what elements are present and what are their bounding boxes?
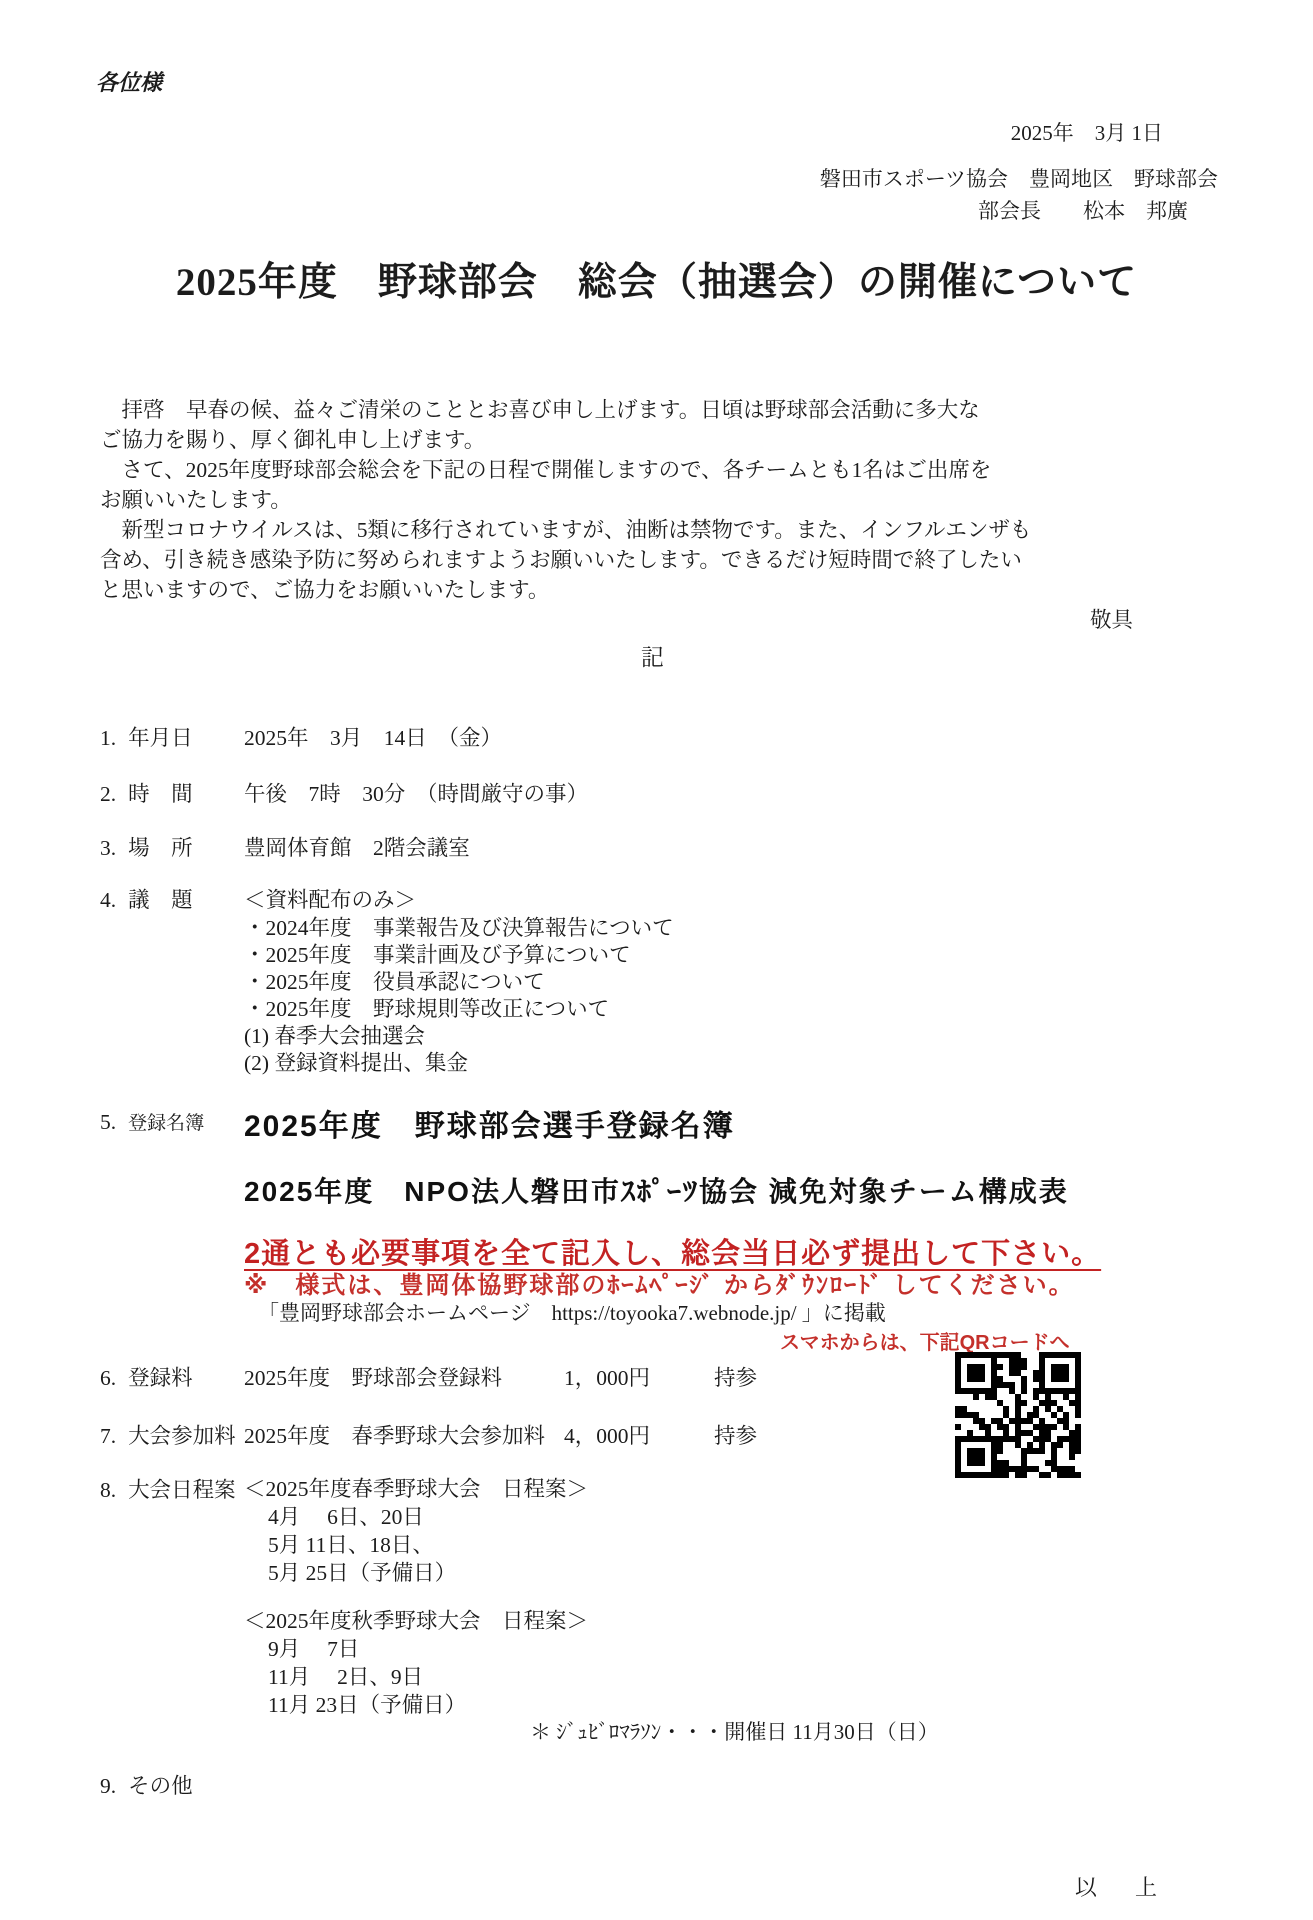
item-date: 1.年月日 2025年 3月 14日 （金） [100, 723, 1313, 753]
item-value: 2025年度 野球部会登録料1，000円持参 [244, 1363, 1313, 1393]
item-time: 2.時 間 午後 7時 30分 （時間厳守の事） [100, 779, 1313, 809]
fee-description: 2025年度 春季野球大会参加料 [244, 1421, 564, 1451]
fee-amount: 4，000円 [564, 1421, 714, 1451]
item-label-text: 登録名簿 [128, 1113, 204, 1134]
fee-description: 2025年度 野球部会登録料 [244, 1363, 564, 1393]
roster-document-2: 2025年度 NPO法人磐田市ｽﾎﾟｰﾂ協会 減免対象チーム構成表 [244, 1173, 1313, 1211]
item-value: 2025年度 春季野球大会参加料4，000円持参 [244, 1421, 1313, 1451]
item-roster: 5.登録名簿 2025年度 野球部会選手登録名簿 2025年度 NPO法人磐田市… [100, 1107, 1313, 1355]
item-registration-fee: 6.登録料 2025年度 野球部会登録料1，000円持参 [100, 1363, 1313, 1393]
item-label: 4.議 題 [100, 885, 244, 915]
item-number: 1. [100, 726, 116, 750]
autumn-schedule-date: 11月 23日（予備日） [268, 1691, 1313, 1719]
item-place: 3.場 所 豊岡体育館 2階会議室 [100, 833, 1313, 863]
item-label: 7.大会参加料 [100, 1421, 244, 1451]
item-number: 6. [100, 1366, 116, 1390]
homepage-url-line: 「豊岡野球部会ホームページ https://toyooka7.webnode.j… [258, 1299, 1313, 1327]
autumn-schedule-heading: ＜2025年度秋季野球大会 日程案＞ [244, 1607, 1313, 1635]
document-page: 各位様 2025年 3月 1日 磐田市スポーツ協会 豊岡地区 野球部会 部会長 … [0, 0, 1313, 1920]
item-agenda: 4.議 題 ＜資料配布のみ＞ ・2024年度 事業報告及び決算報告について ・2… [100, 885, 1313, 1077]
item-label: 5.登録名簿 [100, 1107, 244, 1139]
item-value: 2025年度 野球部会選手登録名簿 2025年度 NPO法人磐田市ｽﾎﾟｰﾂ協会… [244, 1107, 1313, 1355]
payment-method: 持参 [714, 1366, 757, 1390]
item-label-text: 年月日 [128, 726, 193, 750]
item-label-text: その他 [128, 1774, 193, 1798]
agenda-sub-item: ・2025年度 野球規則等改正について [244, 996, 1313, 1023]
item-value: 2025年 3月 14日 （金） [244, 723, 1313, 753]
item-label: 3.場 所 [100, 833, 244, 863]
agenda-sub-item: ・2024年度 事業報告及び決算報告について [244, 915, 1313, 942]
item-value: 豊岡体育館 2階会議室 [244, 833, 1313, 863]
spring-schedule-date: 4月 6日、20日 [268, 1503, 1313, 1531]
body-line: 拝啓 早春の候、益々ご清栄のこととお喜び申し上げます。日頃は野球部会活動に多大な [100, 395, 1221, 425]
salutation: 各位様 [96, 66, 1313, 97]
closing-word: 敬具 [0, 605, 1133, 635]
item-other: 9.その他 [100, 1771, 1313, 1801]
autumn-schedule-date: 9月 7日 [268, 1635, 1313, 1663]
item-value: ＜2025年度春季野球大会 日程案＞ 4月 6日、20日 5月 11日、18日、… [244, 1475, 1313, 1719]
item-label: 1.年月日 [100, 723, 244, 753]
item-number: 7. [100, 1424, 116, 1448]
item-number: 5. [100, 1110, 116, 1134]
agenda-sub-item: (1) 春季大会抽選会 [244, 1023, 1313, 1050]
payment-method: 持参 [714, 1424, 757, 1448]
item-tournament-fee: 7.大会参加料 2025年度 春季野球大会参加料4，000円持参 [100, 1421, 1313, 1451]
item-schedule: 8.大会日程案 ＜2025年度春季野球大会 日程案＞ 4月 6日、20日 5月 … [100, 1475, 1313, 1719]
marathon-note: ＊ ｼﾞｭﾋﾞﾛﾏﾗｿﾝ・・・開催日 11月30日（日） [530, 1719, 1313, 1745]
agenda-sub-item: (2) 登録資料提出、集金 [244, 1050, 1313, 1077]
autumn-schedule-date: 11月 2日、9日 [268, 1663, 1313, 1691]
item-label: 2.時 間 [100, 779, 244, 809]
item-label-text: 場 所 [128, 836, 193, 860]
record-marker: 記 [0, 643, 1313, 673]
spring-schedule-heading: ＜2025年度春季野球大会 日程案＞ [244, 1475, 1313, 1503]
agenda-sub-item: ・2025年度 役員承認について [244, 969, 1313, 996]
end-marker: 以 上 [0, 1871, 1165, 1902]
qr-code [955, 1352, 1081, 1478]
item-label: 6.登録料 [100, 1363, 244, 1393]
item-number: 2. [100, 782, 116, 806]
body-line: お願いいたします。 [100, 485, 1221, 515]
body-line: さて、2025年度野球部会総会を下記の日程で開催しますので、各チームとも1名はご… [100, 455, 1221, 485]
item-number: 8. [100, 1478, 116, 1502]
item-label-text: 大会日程案 [128, 1478, 236, 1502]
item-number: 4. [100, 888, 116, 912]
fee-amount: 1，000円 [564, 1363, 714, 1393]
item-label-text: 時 間 [128, 782, 193, 806]
item-number: 3. [100, 836, 116, 860]
spring-schedule-date: 5月 25日（予備日） [268, 1559, 1313, 1587]
item-value: 午後 7時 30分 （時間厳守の事） [244, 779, 1313, 809]
document-title: 2025年度 野球部会 総会（抽選会）の開催について [0, 251, 1313, 307]
body-line: と思いますので、ご協力をお願いいたします。 [100, 575, 1221, 605]
submission-warning: 2通とも必要事項を全て記入し、総会当日必ず提出して下さい。 [244, 1237, 1313, 1271]
body-line: 新型コロナウイルスは、5類に移行されていますが、油断は禁物です。また、インフルエ… [100, 515, 1221, 545]
body-line: 含め、引き続き感染予防に努められますようお願いいたします。できるだけ短時間で終了… [100, 545, 1221, 575]
item-label-text: 登録料 [128, 1366, 193, 1390]
roster-document-1: 2025年度 野球部会選手登録名簿 [244, 1107, 1313, 1147]
document-date: 2025年 3月 1日 [0, 117, 1163, 147]
item-label-text: 大会参加料 [128, 1424, 236, 1448]
spring-schedule-date: 5月 11日、18日、 [268, 1531, 1313, 1559]
schedule-spacer [244, 1587, 1313, 1607]
chairman-name: 部会長 松本 邦廣 [0, 195, 1188, 225]
item-value: ＜資料配布のみ＞ ・2024年度 事業報告及び決算報告について ・2025年度 … [244, 885, 1313, 1077]
body-line: ご協力を賜り、厚く御礼申し上げます。 [100, 425, 1221, 455]
greeting-paragraph: 拝啓 早春の候、益々ご清栄のこととお喜び申し上げます。日頃は野球部会活動に多大な… [100, 395, 1221, 605]
agenda-items: 1.年月日 2025年 3月 14日 （金） 2.時 間 午後 7時 30分 （… [100, 723, 1313, 1801]
item-label: 9.その他 [100, 1771, 244, 1801]
agenda-heading: ＜資料配布のみ＞ [244, 885, 1313, 915]
agenda-sub-item: ・2025年度 事業計画及び予算について [244, 942, 1313, 969]
item-number: 9. [100, 1774, 116, 1798]
item-label-text: 議 題 [128, 888, 193, 912]
organization-name: 磐田市スポーツ協会 豊岡地区 野球部会 [0, 163, 1218, 193]
download-note: ※ 様式は、豊岡体協野球部のﾎｰﾑﾍﾟｰｼﾞ からﾀﾞｳﾝﾛｰﾄﾞ してください… [244, 1271, 1313, 1301]
item-label: 8.大会日程案 [100, 1475, 244, 1505]
